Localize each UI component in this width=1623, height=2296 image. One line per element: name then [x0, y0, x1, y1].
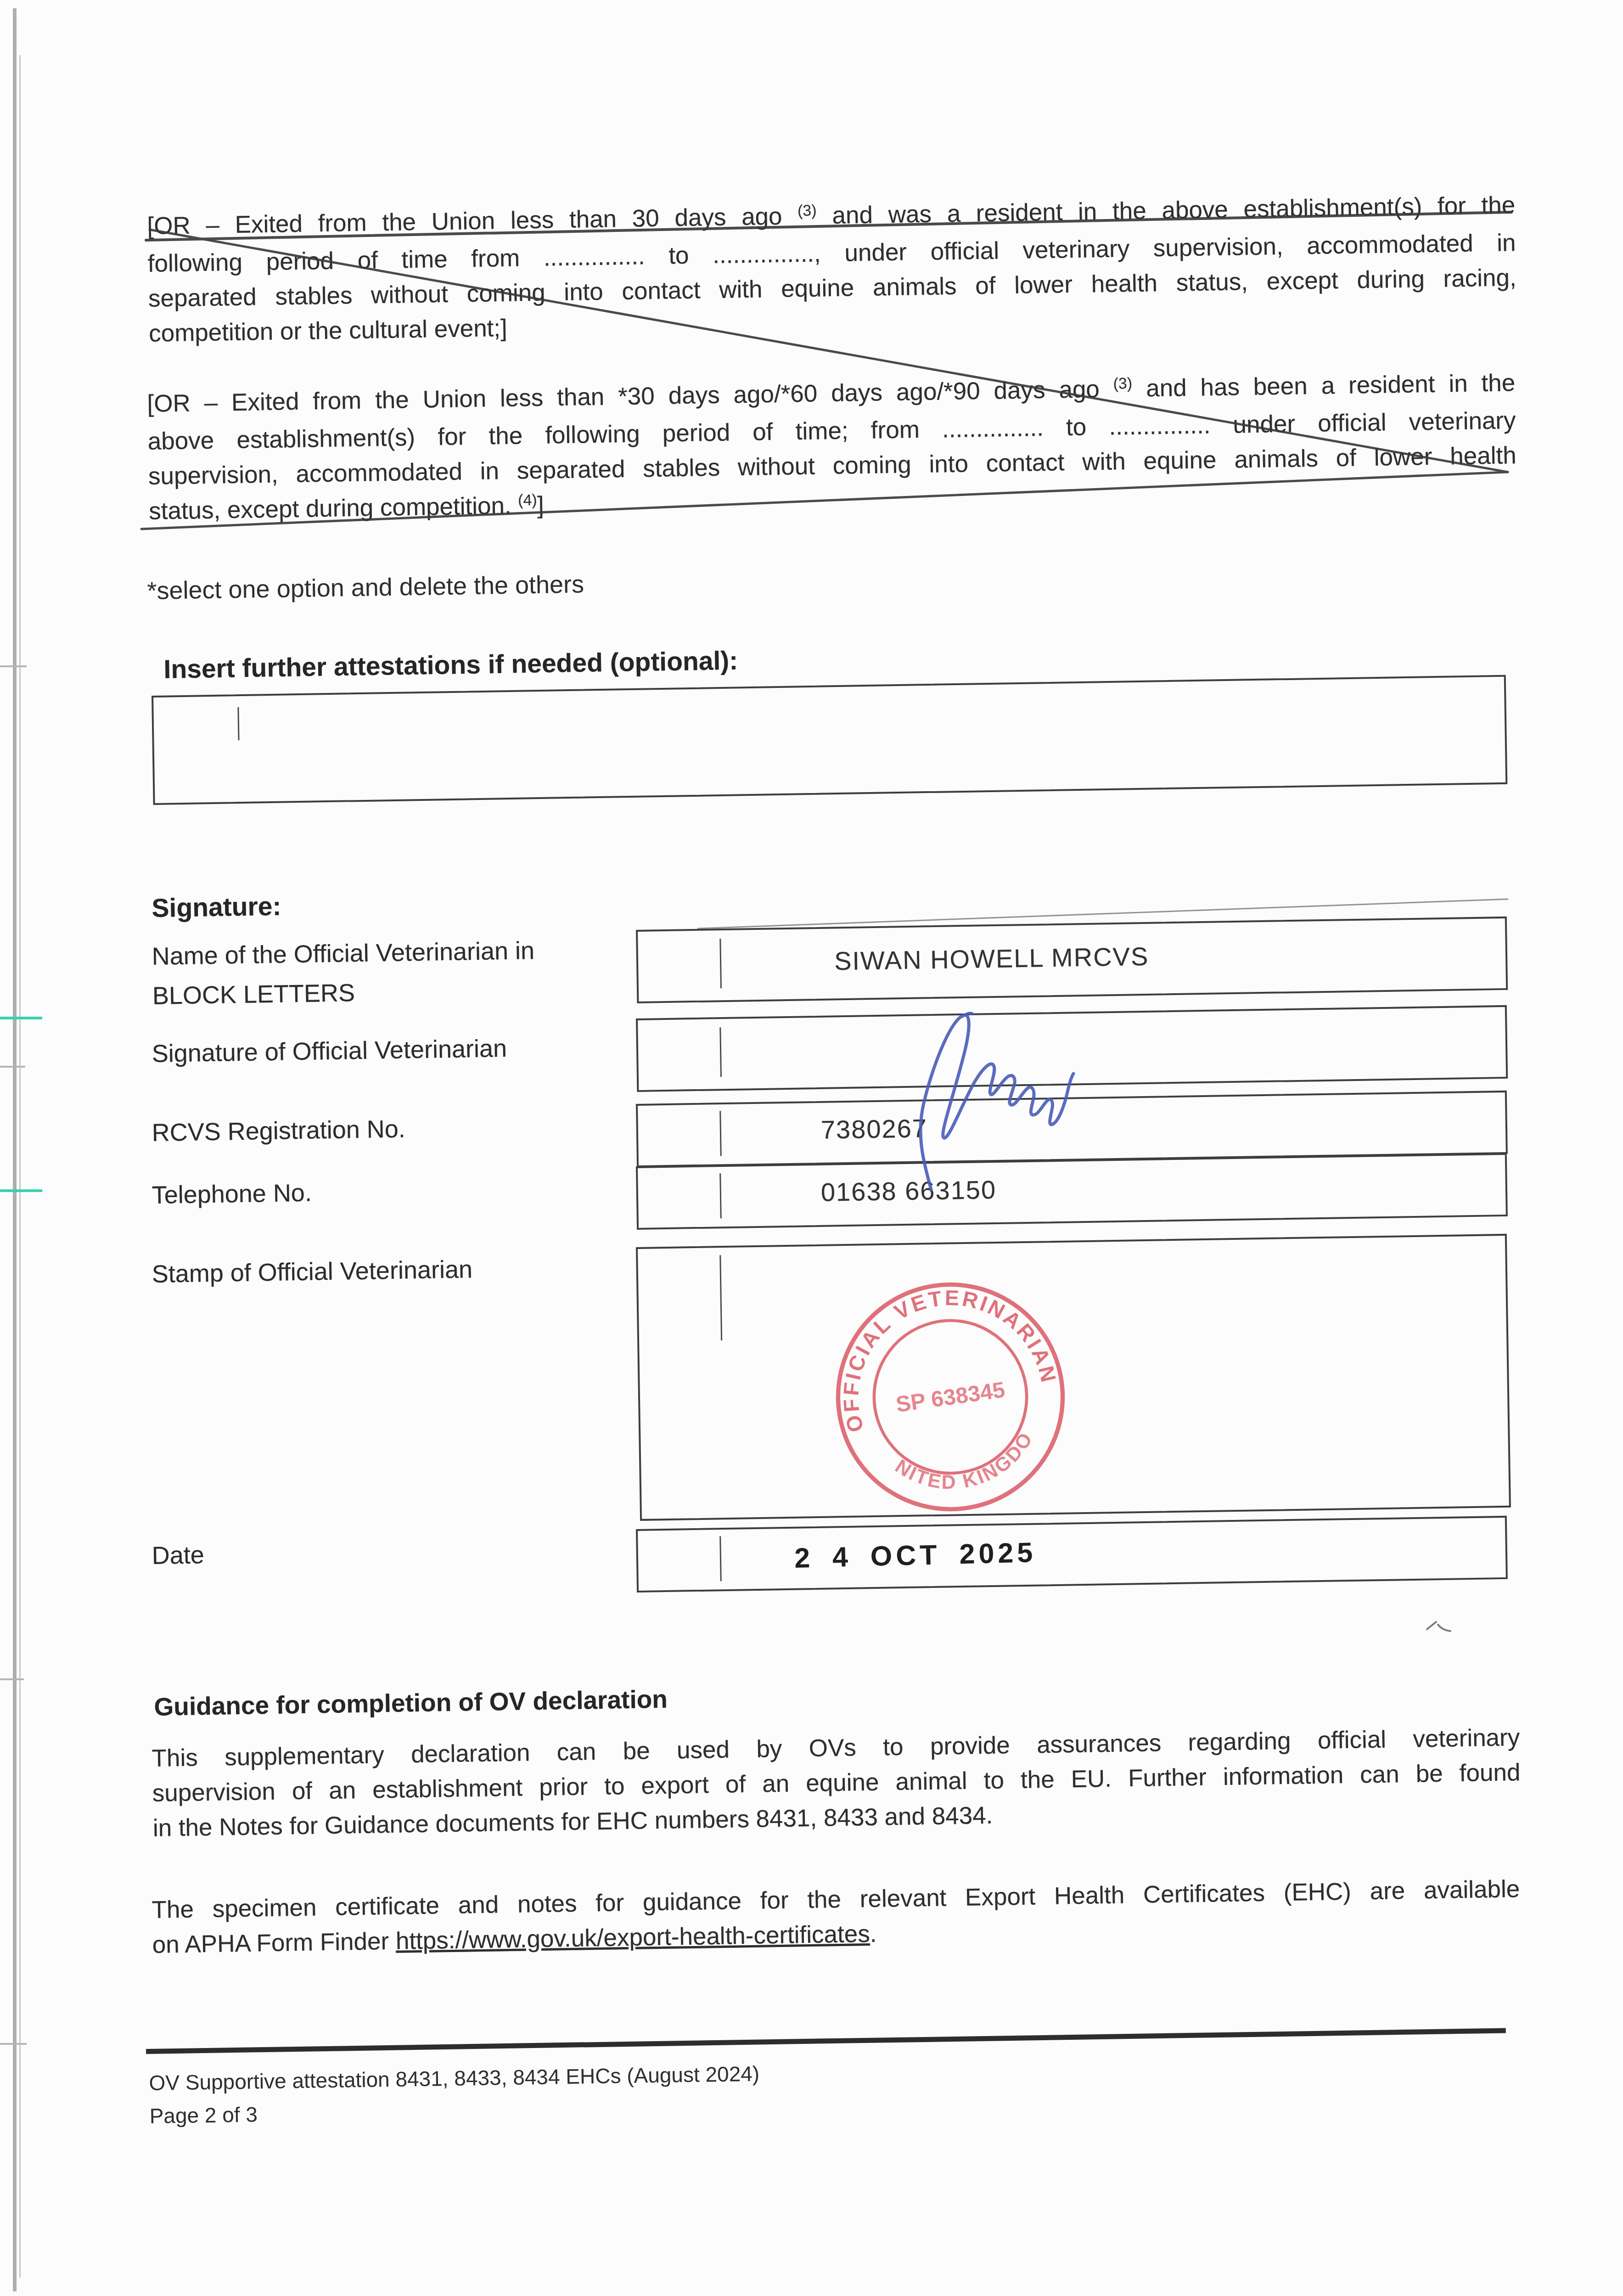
option-paragraph-1: [OR – Exited from the Union less than 30…	[147, 188, 1517, 351]
stamp-label: Stamp of Official Veterinarian	[152, 1249, 473, 1294]
scan-tick	[0, 1678, 24, 1680]
further-attestations-heading: Insert further attestations if needed (o…	[163, 646, 738, 685]
stamp-center-text: SP 638345	[894, 1377, 1006, 1417]
further-attestations-box[interactable]	[152, 675, 1507, 805]
guidance-paragraph-2: The specimen certificate and notes for g…	[152, 1872, 1521, 1963]
option-paragraph-2: [OR – Exited from the Union less than *3…	[147, 366, 1517, 532]
select-option-note: *select one option and delete the others	[147, 570, 584, 605]
signature-heading: Signature:	[152, 891, 281, 923]
scan-tick-teal	[0, 1017, 42, 1019]
cursor-mark	[719, 1027, 722, 1077]
scan-edge-line	[13, 8, 17, 2291]
official-veterinarian-stamp: OFFICIAL VETERINARIAN UNITED KINGDOM SP …	[822, 1268, 1079, 1525]
date-label: Date	[152, 1535, 204, 1576]
scan-tick	[0, 665, 27, 667]
telephone-label: Telephone No.	[152, 1173, 312, 1215]
cursor-mark	[237, 707, 239, 740]
footer-text: OV Supportive attestation 8431, 8433, 84…	[149, 2057, 760, 2133]
name-field-box[interactable]: SIWAN HOWELL MRCVS	[636, 917, 1508, 1003]
scan-tick-teal	[0, 1189, 42, 1192]
rcvs-registration-label: RCVS Registration No.	[152, 1109, 405, 1153]
date-box[interactable]: 2 4 OCT 2025	[636, 1516, 1508, 1593]
scan-tick	[0, 2043, 27, 2045]
scan-edge-line-secondary	[19, 55, 21, 2278]
scanned-document-page: [OR – Exited from the Union less than 30…	[0, 0, 1623, 2296]
signature-scrawl	[872, 996, 1129, 1194]
name-value: SIWAN HOWELL MRCVS	[638, 918, 1505, 979]
footer-rule	[146, 2028, 1506, 2054]
export-certificates-link[interactable]: https://www.gov.uk/export-health-certifi…	[395, 1920, 870, 1955]
guidance-heading: Guidance for completion of OV declaratio…	[154, 1684, 668, 1722]
signature-label: Signature of Official Veterinarian	[152, 1029, 507, 1074]
name-label: Name of the Official Veterinarian in BLO…	[152, 929, 630, 1016]
scan-tick	[0, 1066, 25, 1068]
guidance-paragraph-1: This supplementary declaration can be us…	[152, 1720, 1521, 1846]
cursor-mark	[719, 1255, 722, 1340]
